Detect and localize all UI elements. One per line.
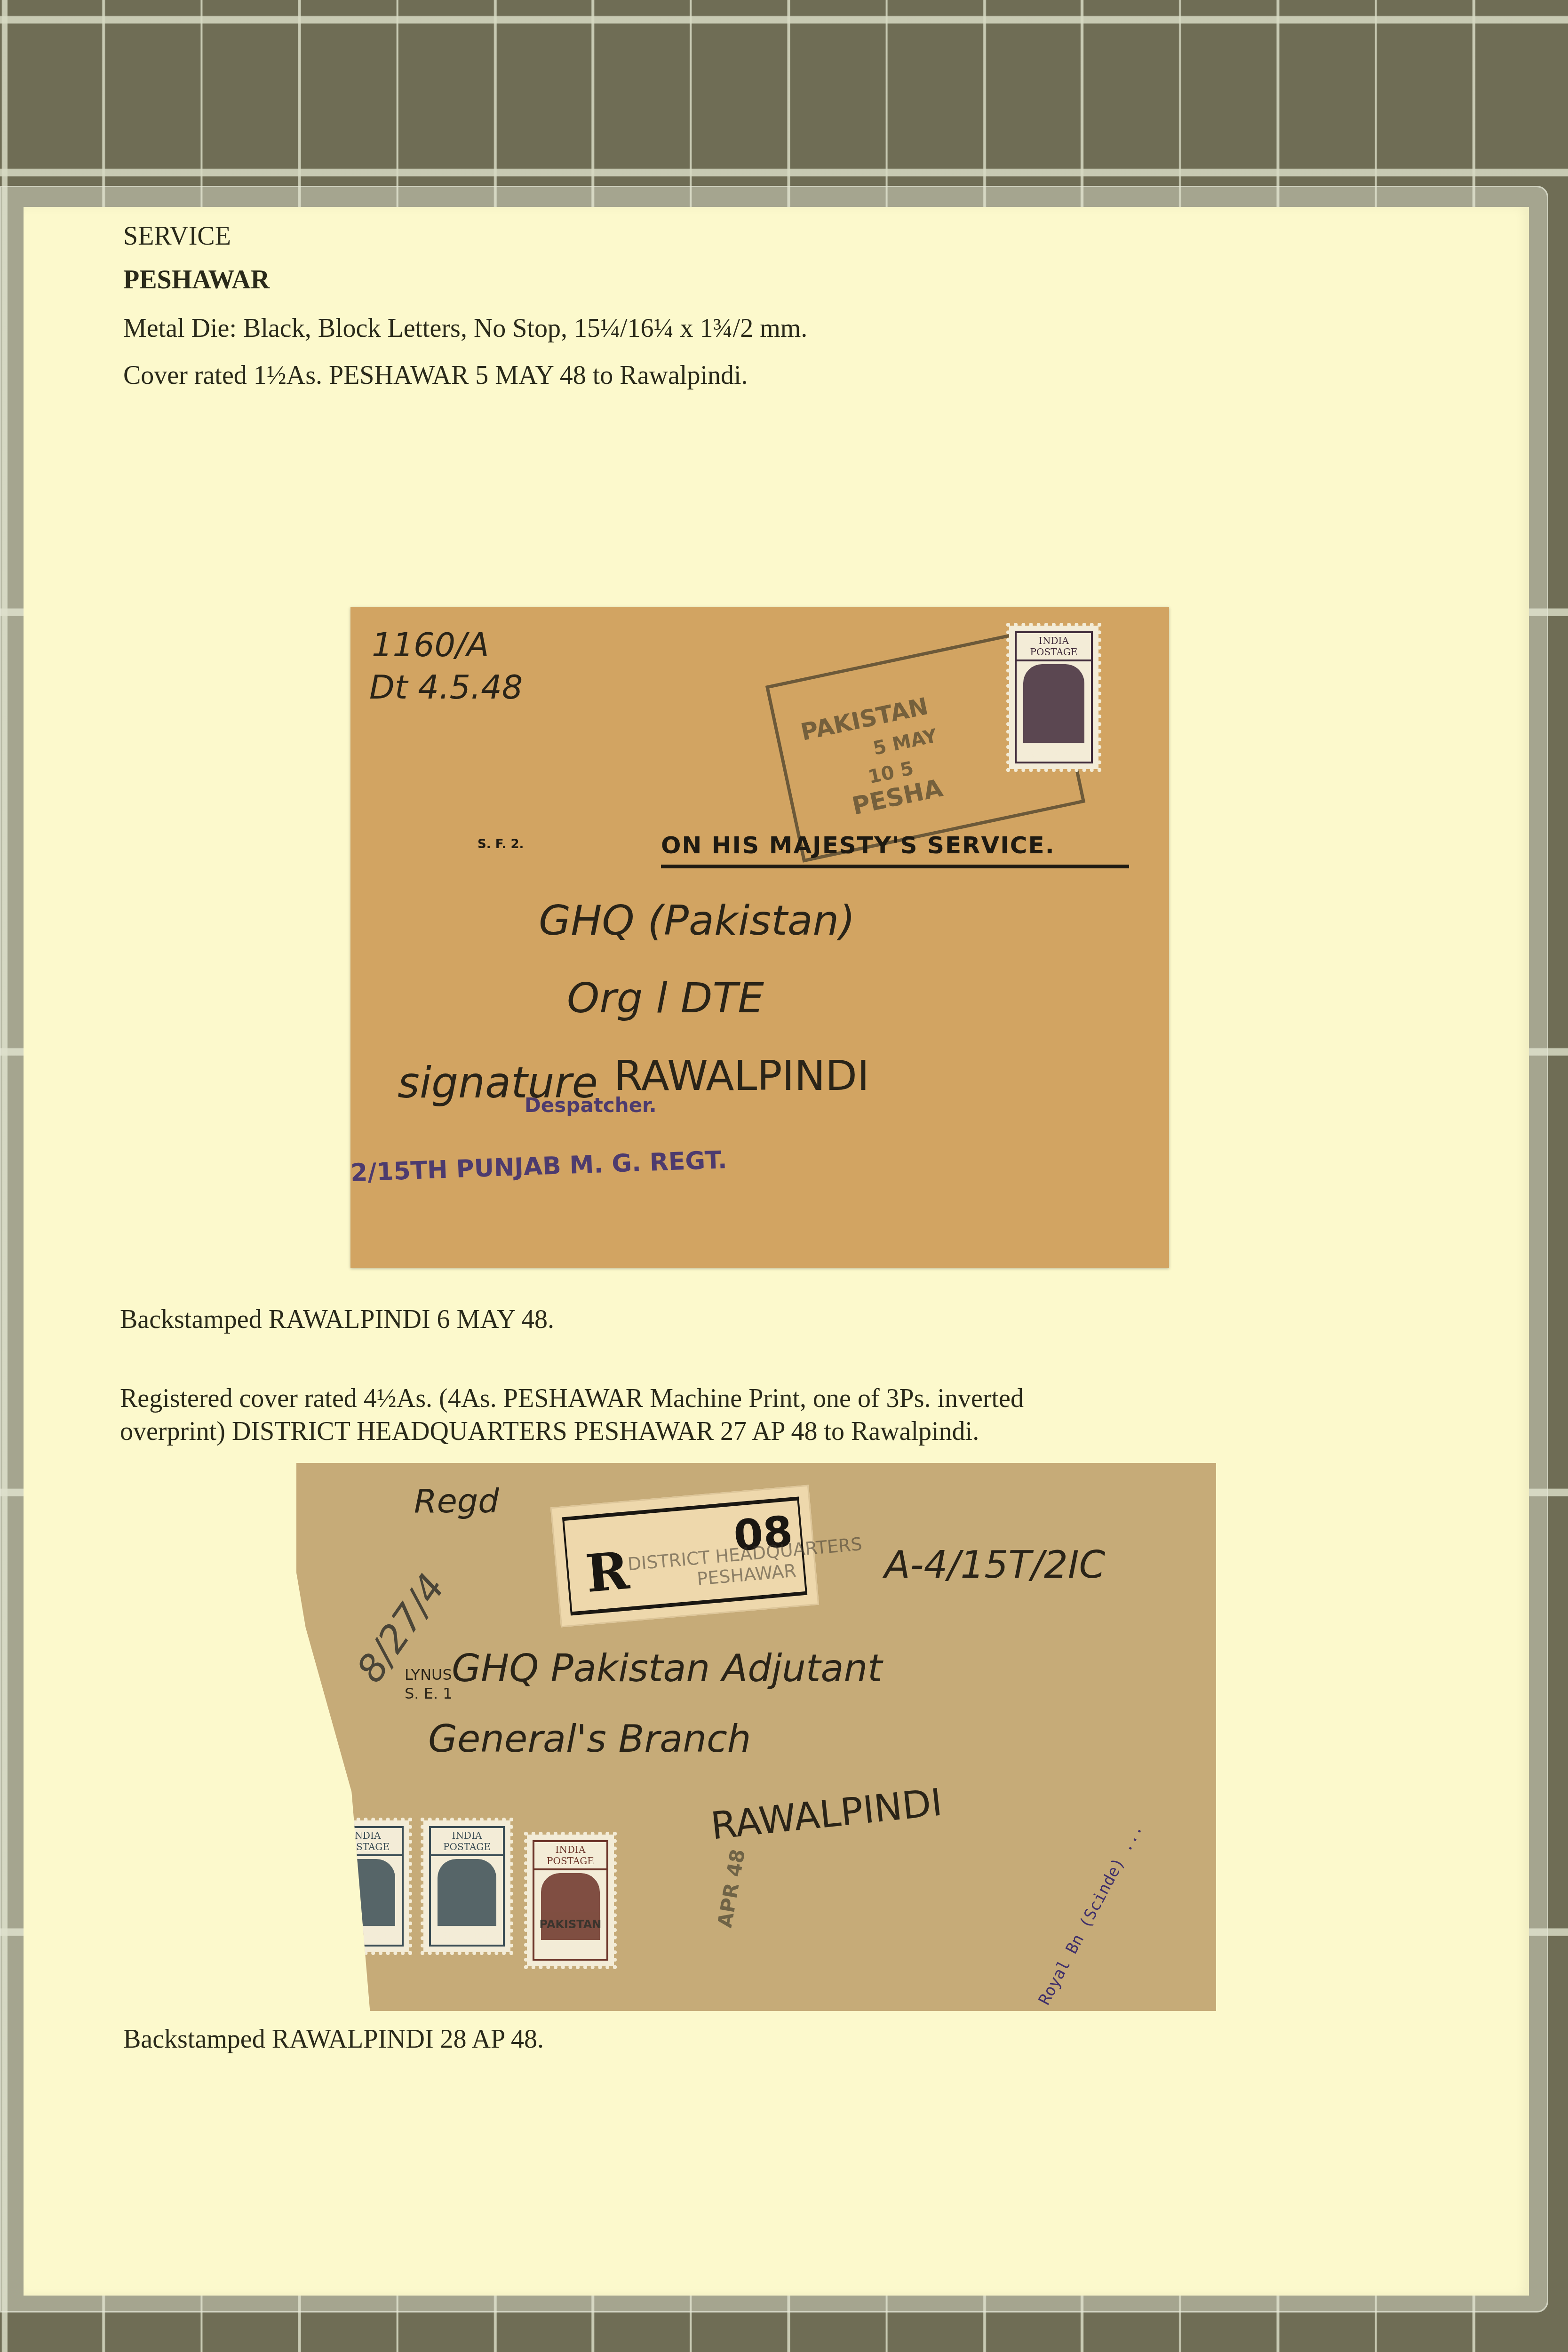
printer-imprint: LYNUS S. E. 1 bbox=[405, 1665, 453, 1703]
form-code: S. F. 2. bbox=[478, 837, 524, 851]
postmark-fragment: APR 48 bbox=[713, 1847, 750, 1930]
die-description: Metal Die: Black, Block Letters, No Stop… bbox=[123, 312, 807, 345]
cover2-caption-line-2: overprint) DISTRICT HEADQUARTERS PESHAWA… bbox=[120, 1415, 979, 1448]
despatcher-handstamp: Despatcher. bbox=[525, 1094, 657, 1117]
cover2-backstamp: Backstamped RAWALPINDI 28 AP 48. bbox=[123, 2023, 544, 2056]
ohms-heading: ON HIS MAJESTY'S SERVICE. bbox=[661, 832, 1055, 859]
registration-letter: R bbox=[583, 1540, 631, 1604]
address-line-2: General's Branch bbox=[428, 1717, 751, 1761]
stamp-3-pies-service-inverted-overprint: INDIA POSTAGE SERVICE bbox=[423, 1820, 510, 1952]
stamp-caption: INDIA POSTAGE bbox=[1017, 633, 1091, 661]
cover-1: 1160/A Dt 4.5.48 PAKISTAN 5 MAY 10 5 PES… bbox=[350, 607, 1169, 1268]
pakistan-overprint: PAKISTAN bbox=[538, 1918, 603, 1931]
stamp-4-annas-pakistan-overprint: INDIA POSTAGE PAKISTAN SERVICE bbox=[527, 1835, 614, 1966]
king-portrait-icon bbox=[438, 1859, 496, 1926]
location-heading: PESHAWAR bbox=[123, 263, 270, 296]
address-line-2: Org l DTE bbox=[567, 974, 764, 1022]
stamp-service-label: SERVICE bbox=[1017, 746, 1091, 762]
manuscript-regd: Regd bbox=[414, 1482, 499, 1520]
cover-2-registered: Regd R 08 DISTRICT HEADQUARTERS PESHAWAR… bbox=[296, 1463, 1216, 2011]
manuscript-reference: A-4/15T/2IC bbox=[884, 1543, 1105, 1587]
cover1-caption: Cover rated 1½As. PESHAWAR 5 MAY 48 to R… bbox=[123, 359, 748, 392]
address-line-3: RAWALPINDI bbox=[708, 1780, 944, 1848]
address-line-3: RAWALPINDI bbox=[614, 1051, 869, 1100]
registration-label: R 08 DISTRICT HEADQUARTERS PESHAWAR bbox=[550, 1485, 819, 1627]
unit-handstamp: 2/15TH PUNJAB M. G. REGT. bbox=[350, 1146, 727, 1187]
ohms-underline bbox=[661, 865, 1129, 868]
king-portrait-icon bbox=[1023, 664, 1084, 743]
manuscript-date: Dt 4.5.48 bbox=[369, 668, 523, 707]
cover2-caption-line-1: Registered cover rated 4½As. (4As. PESHA… bbox=[120, 1382, 1024, 1415]
manuscript-reference: 1160/A bbox=[372, 626, 489, 664]
king-portrait-icon: PAKISTAN bbox=[541, 1873, 600, 1940]
address-line-1: GHQ Pakistan Adjutant bbox=[452, 1646, 882, 1690]
cover1-backstamp: Backstamped RAWALPINDI 6 MAY 48. bbox=[120, 1303, 554, 1336]
section-heading: SERVICE bbox=[123, 220, 231, 253]
address-line-1: GHQ (Pakistan) bbox=[539, 896, 855, 945]
unit-handstamp: Royal Bn (Scinde) ... bbox=[1035, 1820, 1146, 2008]
stamp-1-5-annas-service: INDIA POSTAGE SERVICE bbox=[1009, 626, 1098, 769]
